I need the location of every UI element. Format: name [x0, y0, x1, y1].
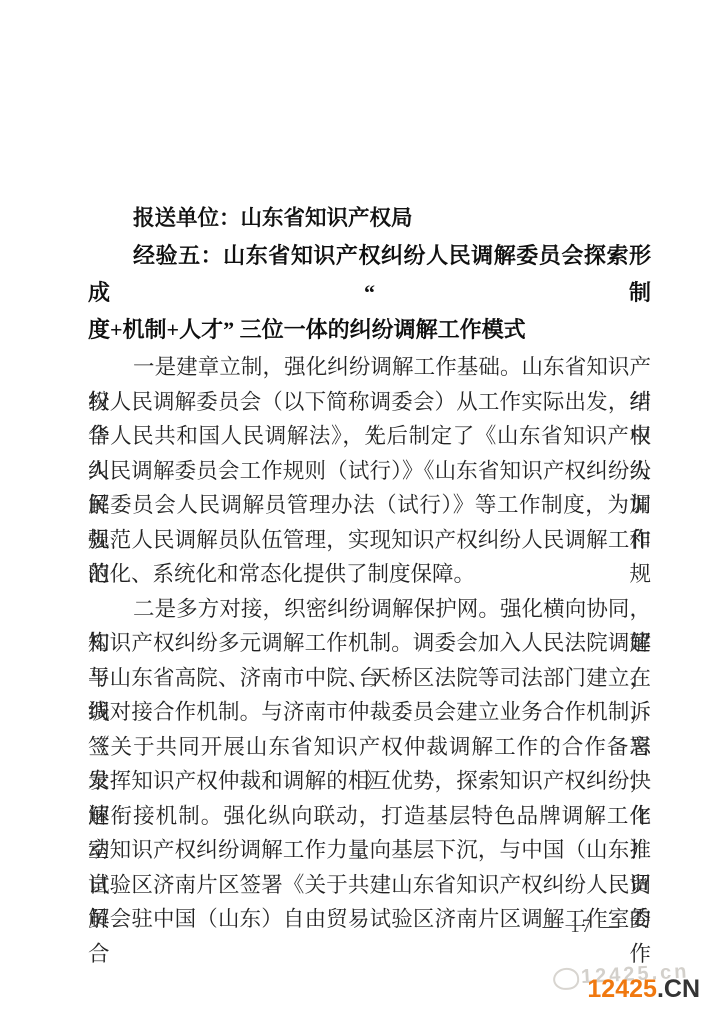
watermark-tld: .CN — [657, 975, 700, 1003]
body-line: 纷人民调解委员会（以下简称调委会）从工作实际出发，结合《中 — [88, 385, 651, 420]
title-line-1: 经验五：山东省知识产权纠纷人民调解委员会探索形成“制 — [88, 237, 651, 311]
body-line: 试验区济南片区签署《关于共建山东省知识产权纠纷人民调解委 — [88, 868, 651, 903]
body-line: 规范人民调解员队伍管理，实现知识产权纠纷人民调解工作的规 — [88, 523, 651, 558]
body-line: 一是建章立制，强化纠纷调解工作基础。山东省知识产权纠 — [88, 350, 651, 385]
document-title: 经验五：山东省知识产权纠纷人民调解委员会探索形成“制 度+机制+人才” 三位一体… — [88, 237, 651, 348]
document-page: 报送单位：山东省知识产权局 经验五：山东省知识产权纠纷人民调解委员会探索形成“制… — [0, 0, 720, 1018]
report-unit-line: 报送单位：山东省知识产权局 — [88, 200, 651, 237]
body-line: 解委员会人民调解员管理办法（试行）》等工作制度，为加强和 — [88, 488, 651, 523]
document-body: 一是建章立制，强化纠纷调解工作基础。山东省知识产权纠 纷人民调解委员会（以下简称… — [88, 350, 651, 937]
body-line: 华人民共和国人民调解法》，先后制定了《山东省知识产权纠纷 — [88, 419, 651, 454]
paragraph-2: 二是多方对接，织密纠纷调解保护网。强化横向协同，构建 知识产权纠纷多元调解工作机… — [88, 592, 651, 937]
body-line: 发挥知识产权仲裁和调解的相互优势，探索知识产权纠纷快速化 — [88, 764, 651, 799]
body-line: 与山东省高院、济南市中院、天桥区法院等司法部门建立在线诉 — [88, 661, 651, 696]
body-line: 二是多方对接，织密纠纷调解保护网。强化横向协同，构建 — [88, 592, 651, 627]
site-watermark: 12425.cn 12425.CN — [538, 962, 708, 1008]
page-number: — 17 — — [543, 916, 622, 938]
body-line: 人民调解委员会工作规则（试行）》《山东省知识产权纠纷人民调 — [88, 454, 651, 489]
body-line: 调对接合作机制。与济南市仲裁委员会建立业务合作机制，签署 — [88, 695, 651, 730]
title-line-2: 度+机制+人才” 三位一体的纠纷调解工作模式 — [88, 311, 651, 348]
body-line: 动知识产权纠纷调解工作力量向基层下沉，与中国（山东）自贸 — [88, 833, 651, 868]
watermark-mascot-icon — [553, 967, 580, 990]
body-line: 《关于共同开展山东省知识产权仲裁调解工作的合作备忘录》， — [88, 730, 651, 765]
watermark-brand: 12425 — [587, 975, 657, 1003]
paragraph-1: 一是建章立制，强化纠纷调解工作基础。山东省知识产权纠 纷人民调解委员会（以下简称… — [88, 350, 651, 592]
document-text-block: 报送单位：山东省知识产权局 经验五：山东省知识产权纠纷人民调解委员会探索形成“制… — [88, 200, 651, 937]
watermark-text: 12425.CN — [587, 977, 700, 1002]
body-line: 解衔接机制。强化纵向联动，打造基层特色品牌调解工作室。推 — [88, 799, 651, 834]
body-line: 知识产权纠纷多元调解工作机制。调委会加入人民法院调解平台， — [88, 626, 651, 661]
